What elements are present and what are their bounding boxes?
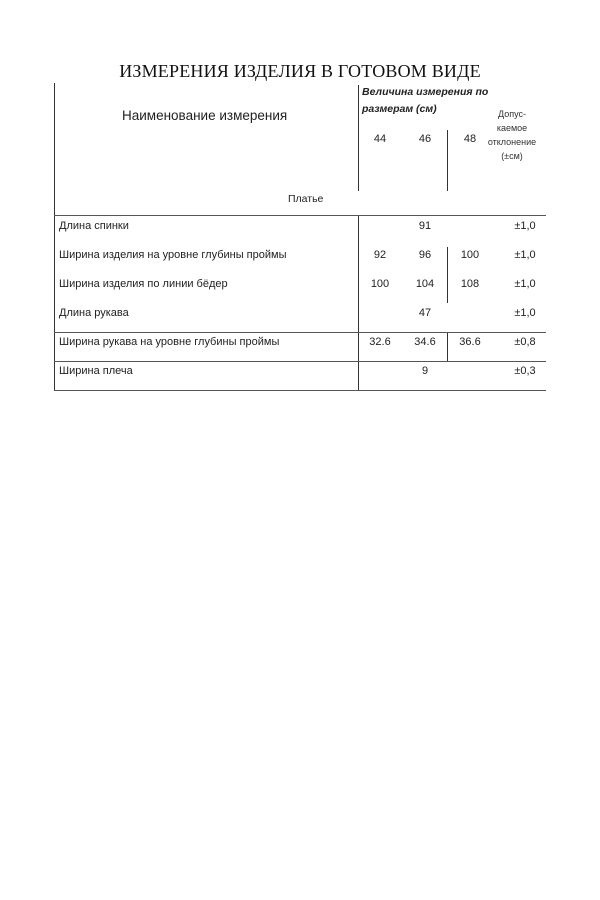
header-tolerance: Допус- каемое отклонение (±см) <box>482 107 542 163</box>
header-measurement-name: Наименование измерения <box>122 108 287 123</box>
body-size-divider-2 <box>447 332 448 361</box>
row-value: 100 <box>450 249 490 261</box>
row-value: 108 <box>450 278 490 290</box>
header-bottom-line <box>54 215 546 216</box>
row-value: 47 <box>405 307 445 319</box>
row-label: Длина рукава <box>59 307 129 319</box>
row-value: 92 <box>360 249 400 261</box>
row-label: Ширина рукава на уровне глубины проймы <box>59 336 279 348</box>
body-column-divider <box>358 215 359 391</box>
tolerance-line: (±см) <box>482 149 542 163</box>
row-value: 96 <box>405 249 445 261</box>
row-value: 32.6 <box>360 336 400 348</box>
row-value: 34.6 <box>405 336 445 348</box>
row-tolerance: ±0,3 <box>505 365 545 377</box>
row-value: 91 <box>405 220 445 232</box>
row-value: 9 <box>405 365 445 377</box>
document-title: ИЗМЕРЕНИЯ ИЗДЕЛИЯ В ГОТОВОМ ВИДЕ <box>0 61 600 82</box>
row-value: 104 <box>405 278 445 290</box>
row-tolerance: ±1,0 <box>505 249 545 261</box>
row-label: Ширина плеча <box>59 365 133 377</box>
row-value: 36.6 <box>450 336 490 348</box>
header-value-group: Величина измерения по размерам (см) <box>362 84 492 118</box>
row-label: Ширина изделия на уровне глубины проймы <box>59 249 286 261</box>
row-tolerance: ±1,0 <box>505 220 545 232</box>
header-size-46: 46 <box>405 133 445 145</box>
row-value: 100 <box>360 278 400 290</box>
row-divider-1 <box>54 332 546 333</box>
row-tolerance: ±0,8 <box>505 336 545 348</box>
row-label: Ширина изделия по линии бёдер <box>59 278 228 290</box>
row-tolerance: ±1,0 <box>505 278 545 290</box>
table-bottom-line <box>54 390 546 391</box>
header-size-divider <box>447 130 448 191</box>
table-left-border <box>54 83 55 391</box>
body-size-divider-1 <box>447 247 448 303</box>
product-type: Платье <box>288 193 323 205</box>
tolerance-line: Допус- <box>482 107 542 121</box>
row-tolerance: ±1,0 <box>505 307 545 319</box>
row-divider-2 <box>54 361 546 362</box>
tolerance-line: каемое <box>482 121 542 135</box>
tolerance-line: отклонение <box>482 135 542 149</box>
row-label: Длина спинки <box>59 220 129 232</box>
header-size-44: 44 <box>360 133 400 145</box>
header-column-divider <box>358 85 359 191</box>
